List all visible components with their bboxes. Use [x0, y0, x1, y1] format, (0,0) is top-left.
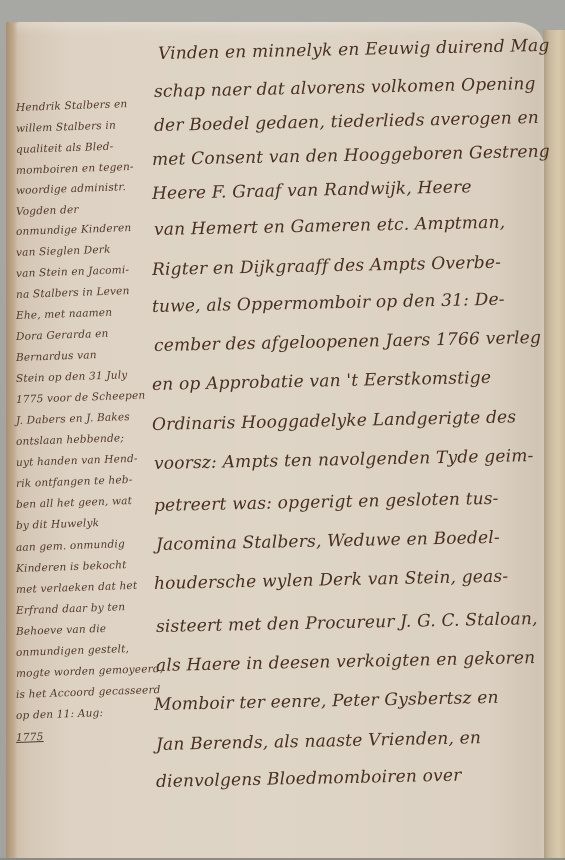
- margin-line: onmundige Kinderen: [16, 222, 132, 238]
- margin-line: Stein op den 31 July: [16, 369, 128, 385]
- text-line: met Consent van den Hooggeboren Gestreng: [152, 142, 550, 170]
- margin-line: by dit Huwelyk: [16, 517, 100, 532]
- margin-line: Vogden der: [16, 204, 79, 218]
- text-line: van Hemert en Gameren etc. Amptman,: [154, 213, 506, 240]
- text-line: als Haere in deesen verkoigten en gekore…: [156, 648, 536, 676]
- margin-line: van Sieglen Derk: [16, 244, 111, 259]
- margin-year: 1775: [16, 731, 44, 744]
- margin-line: woordige administr.: [16, 181, 126, 197]
- text-line: voorsz: Ampts ten navolgenden Tyde geim-: [154, 446, 534, 474]
- text-line: Jan Berends, als naaste Vrienden, en: [156, 728, 481, 755]
- margin-line: J. Dabers en J. Bakes: [16, 411, 130, 427]
- margin-line: onmundigen gestelt,: [16, 643, 130, 659]
- margin-line: willem Stalbers in: [16, 120, 116, 135]
- text-line: Rigter en Dijkgraaff des Ampts Overbe-: [152, 253, 502, 280]
- margin-line: mogte worden gemoyeerd,: [16, 663, 164, 680]
- text-line: Jacomina Stalbers, Weduwe en Boedel-: [156, 528, 500, 555]
- margin-line: uyt handen van Hend-: [16, 453, 138, 469]
- margin-line: Dora Gerarda en: [16, 328, 109, 343]
- margin-line: aan gem. onmundig: [16, 538, 125, 554]
- margin-line: Ehe, met naamen: [16, 307, 113, 322]
- text-line: der Boedel gedaen, tiederlieds averogen …: [154, 108, 539, 136]
- text-line: Vinden en minnelyk en Eeuwig duirend Mag: [158, 36, 550, 64]
- margin-line: 1775 voor de Scheepen: [16, 389, 146, 406]
- margin-line: ontslaan hebbende;: [16, 432, 124, 448]
- margin-line: van Stein en Jacomi-: [16, 264, 130, 280]
- margin-line: qualiteit als Bled-: [16, 141, 114, 156]
- text-line: en op Approbatie van 't Eerstkomstige: [152, 368, 492, 395]
- margin-line: rik ontfangen te heb-: [16, 474, 133, 490]
- text-line: dienvolgens Bloedmomboiren over: [156, 766, 462, 792]
- text-line: schap naer dat alvorens volkomen Opening: [154, 74, 536, 102]
- text-line: Ordinaris Hooggadelyke Landgerigte des: [152, 407, 517, 435]
- margin-line: Hendrik Stalbers en: [16, 98, 128, 114]
- margin-line: is het Accoord gecasseerd: [16, 684, 161, 701]
- margin-line: na Stalbers in Leven: [16, 285, 130, 301]
- margin-line: met verlaeken dat het: [16, 580, 138, 596]
- text-line: Momboir ter eenre, Peter Gysbertsz en: [154, 688, 499, 715]
- text-line: houdersche wylen Derk van Stein, geas-: [154, 567, 509, 594]
- margin-line: Behoeve van die: [16, 623, 107, 638]
- text-line: petreert was: opgerigt en gesloten tus-: [154, 489, 499, 516]
- text-line: cember des afgeloopenen Jaers 1766 verle…: [154, 328, 541, 356]
- margin-line: Bernardus van: [16, 349, 97, 364]
- manuscript-page: Hendrik Stalbers en willem Stalbers in q…: [6, 22, 544, 860]
- text-line: sisteert met den Procureur J. G. C. Stal…: [156, 609, 538, 637]
- margin-line: momboiren en tegen-: [16, 161, 134, 177]
- text-line: tuwe, als Oppermomboir op den 31: De-: [152, 290, 505, 317]
- margin-line: Erfrand daar by ten: [16, 601, 126, 617]
- margin-line: ben all het geen, wat: [16, 495, 132, 511]
- margin-line: Kinderen is bekocht: [16, 559, 127, 575]
- margin-line: op den 11: Aug:: [16, 707, 104, 722]
- text-line: Heere F. Graaf van Randwijk, Heere: [152, 177, 472, 204]
